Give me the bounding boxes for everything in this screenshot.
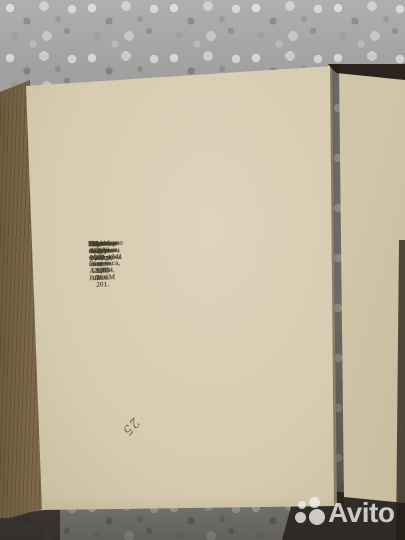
avito-logo-icon — [309, 509, 325, 525]
avito-logo-icon — [309, 497, 320, 508]
avito-logo-icon — [298, 501, 306, 509]
price-line: Переплет 1 р. — [88, 240, 118, 255]
book-photo: Редактор И. М. Фрадкин Подписано к печат… — [0, 0, 405, 540]
avito-watermark: Avito — [290, 493, 402, 535]
avito-logo-icon — [295, 512, 306, 523]
avito-brand-text: Avito — [328, 499, 394, 527]
